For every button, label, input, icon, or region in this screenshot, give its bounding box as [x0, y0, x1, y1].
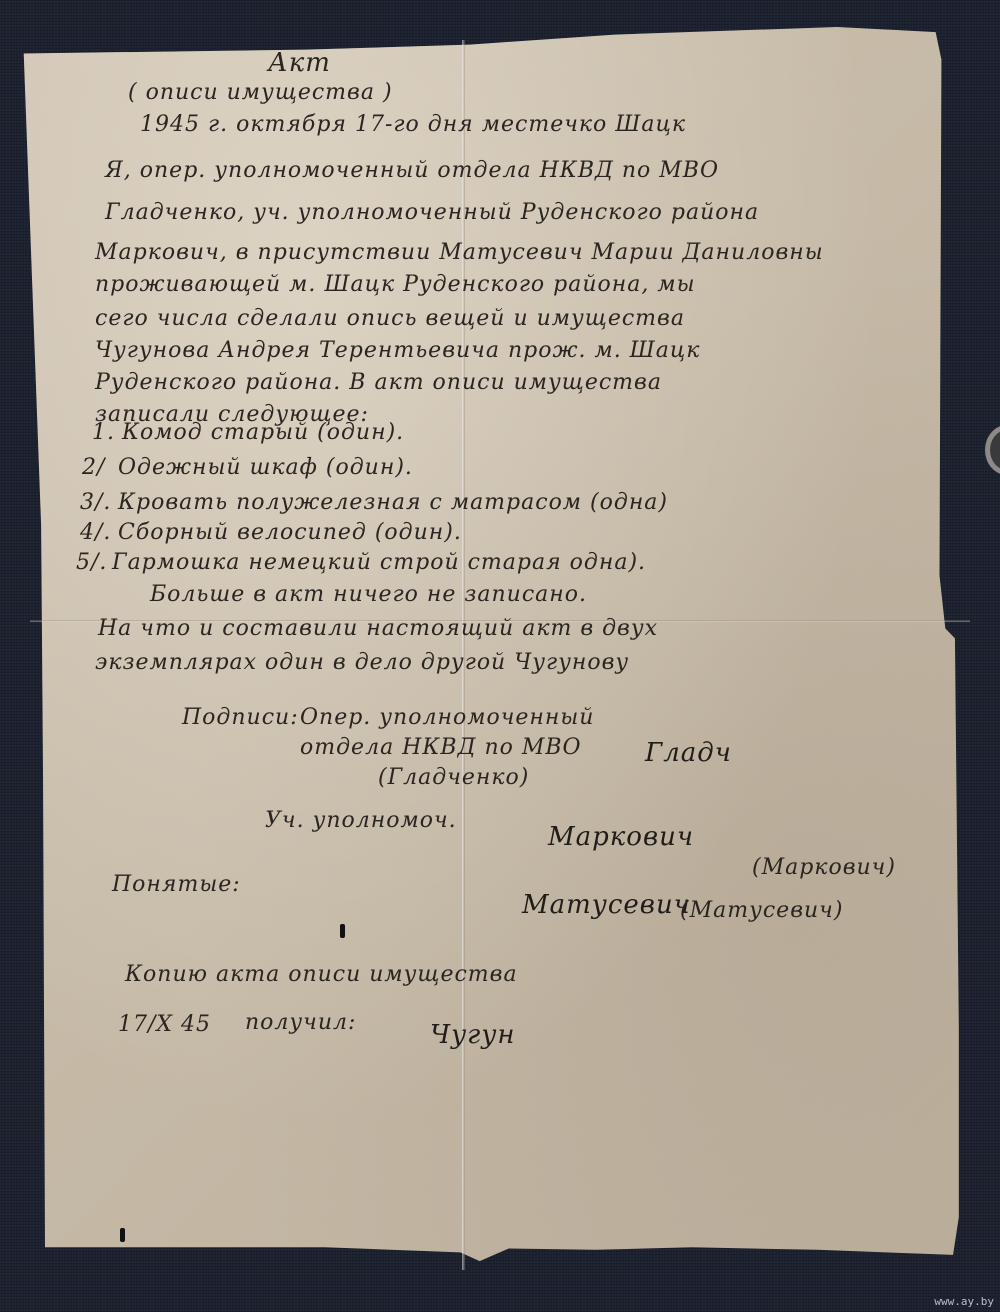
date-line: 1945 г. октября 17-го дня местечко Шацк	[140, 112, 686, 137]
district-officer-name: (Маркович)	[752, 855, 896, 880]
list-item-number: 4/.	[80, 520, 111, 545]
nothing-more-note: Больше в акт ничего не записано.	[150, 582, 587, 607]
list-item-number: 2/	[82, 455, 105, 480]
officer-signature: Гладч	[645, 738, 732, 768]
signatures-label: Подписи:	[182, 705, 299, 730]
body-line: Маркович, в присутствии Матусевич Марии …	[95, 240, 824, 265]
witness-signature: Матусевич	[522, 890, 691, 920]
list-item-number: 5/.	[76, 550, 107, 575]
officer-title: Опер. уполномоченный	[300, 705, 594, 730]
witness-label: Понятые:	[112, 872, 241, 897]
list-item: Кровать полужелезная с матрасом (одна)	[118, 490, 668, 515]
officer-title: отдела НКВД по МВО	[300, 735, 582, 760]
officer-name: (Гладченко)	[378, 765, 529, 790]
body-line: Гладченко, уч. уполномоченный Руденского…	[105, 200, 759, 225]
list-item: Одежный шкаф (один).	[118, 455, 413, 480]
body-line: Я, опер. уполномоченный отдела НКВД по М…	[105, 158, 719, 183]
list-item-number: 3/.	[80, 490, 111, 515]
list-item: Сборный велосипед (один).	[118, 520, 462, 545]
watermark: www.ay.by	[934, 1295, 994, 1308]
list-item: Комод старый (один).	[122, 420, 404, 445]
body-line: сего числа сделали опись вещей и имущест…	[95, 306, 685, 331]
body-line: Руденского района. В акт описи имущества	[95, 370, 662, 395]
receipt-signature: Чугун	[430, 1020, 516, 1050]
paper-hole	[340, 924, 345, 938]
receipt-line: Копию акта описи имущества	[125, 962, 518, 987]
closing-line: экземплярах один в дело другой Чугунову	[95, 650, 629, 675]
list-item: Гармошка немецкий строй старая одна).	[112, 550, 646, 575]
witness-name: (Матусевич)	[680, 898, 843, 923]
paper-hole	[120, 1228, 125, 1242]
document-title: Акт	[268, 48, 331, 78]
body-line: Чугунова Андрея Терентьевича прож. м. Ша…	[95, 338, 700, 363]
body-line: проживающей м. Шацк Руденского района, м…	[95, 272, 696, 297]
document-subtitle: ( описи имущества )	[128, 80, 393, 105]
district-officer-title: Уч. уполномоч.	[265, 808, 457, 833]
receipt-line: получил:	[245, 1010, 356, 1035]
district-officer-signature: Маркович	[548, 822, 694, 852]
receipt-date: 17/X 45	[118, 1012, 211, 1037]
list-item-number: 1.	[92, 420, 115, 445]
closing-line: На что и составили настоящий акт в двух	[98, 616, 658, 641]
